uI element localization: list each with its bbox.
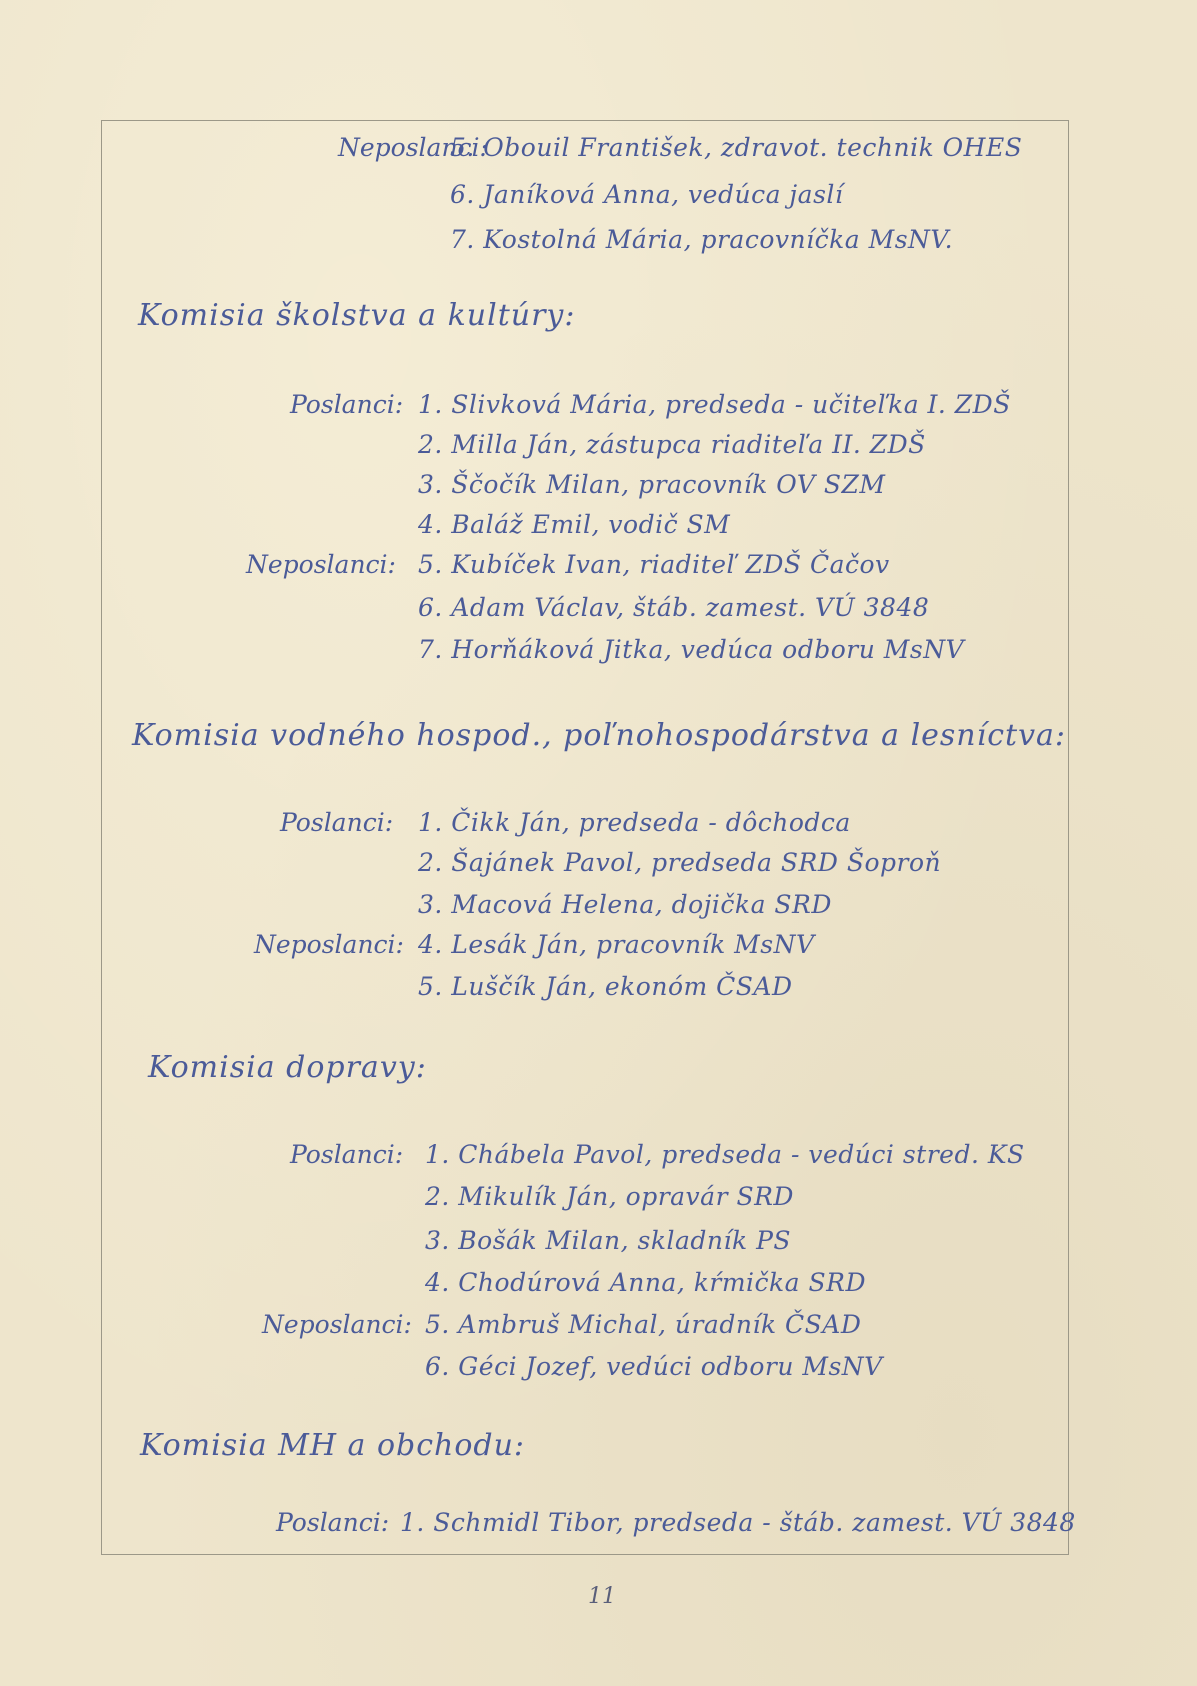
member-entry: 7. Horňáková Jitka, vedúca odboru MsNV [418,635,964,664]
commission-heading: Komisia školstva a kultúry: [138,298,575,333]
member-entry: 5. Obouil František, zdravot. technik OH… [450,133,1022,162]
member-entry: 1. Čikk Ján, predseda - dôchodca [418,808,851,837]
member-entry: 2. Mikulík Ján, opravár SRD [425,1182,794,1211]
member-entry: 6. Janíková Anna, vedúca jaslí [450,180,843,209]
member-entry: 3. Ščočík Milan, pracovník OV SZM [418,470,885,499]
page-number: 11 [588,1584,616,1609]
member-entry: 5. Kubíček Ivan, riaditeľ ZDŠ Čačov [418,550,890,579]
member-entry: 7. Kostolná Mária, pracovníčka MsNV. [450,225,953,254]
member-entry: 6. Adam Václav, štáb. zamest. VÚ 3848 [418,593,929,622]
member-entry: 1. Schmidl Tibor, predseda - štáb. zames… [400,1508,1076,1537]
member-entry: 2. Milla Ján, zástupca riaditeľa II. ZDŠ [418,430,926,459]
commission-heading: Komisia dopravy: [148,1050,427,1085]
poslanci-label: Poslanci: [290,1140,403,1169]
member-entry: 6. Géci Jozef, vedúci odboru MsNV [425,1352,883,1381]
poslanci-label: Poslanci: [290,390,403,419]
neposlanci-label: Neposlanci: [254,930,404,959]
member-entry: 5. Ambruš Michal, úradník ČSAD [425,1310,861,1339]
neposlanci-label: Neposlanci: [262,1310,412,1339]
poslanci-label: Poslanci: [280,808,393,837]
member-entry: 4. Lesák Ján, pracovník MsNV [418,930,815,959]
member-entry: 1. Slivková Mária, predseda - učiteľka I… [418,390,1011,419]
member-entry: 2. Šajánek Pavol, predseda SRD Šoproň [418,848,941,877]
member-entry: 1. Chábela Pavol, predseda - vedúci stre… [425,1140,1025,1169]
member-entry: 3. Macová Helena, dojička SRD [418,890,832,919]
commission-heading: Komisia MH a obchodu: [140,1428,525,1463]
commission-heading: Komisia vodného hospod., poľnohospodárst… [132,718,1066,753]
page-frame-border [101,120,1069,1555]
poslanci-label: Poslanci: [276,1508,389,1537]
member-entry: 3. Bošák Milan, skladník PS [425,1226,791,1255]
member-entry: 4. Baláž Emil, vodič SM [418,510,730,539]
member-entry: 4. Chodúrová Anna, kŕmička SRD [425,1268,866,1297]
neposlanci-label: Neposlanci: [246,550,396,579]
member-entry: 5. Luščík Ján, ekonóm ČSAD [418,972,793,1001]
